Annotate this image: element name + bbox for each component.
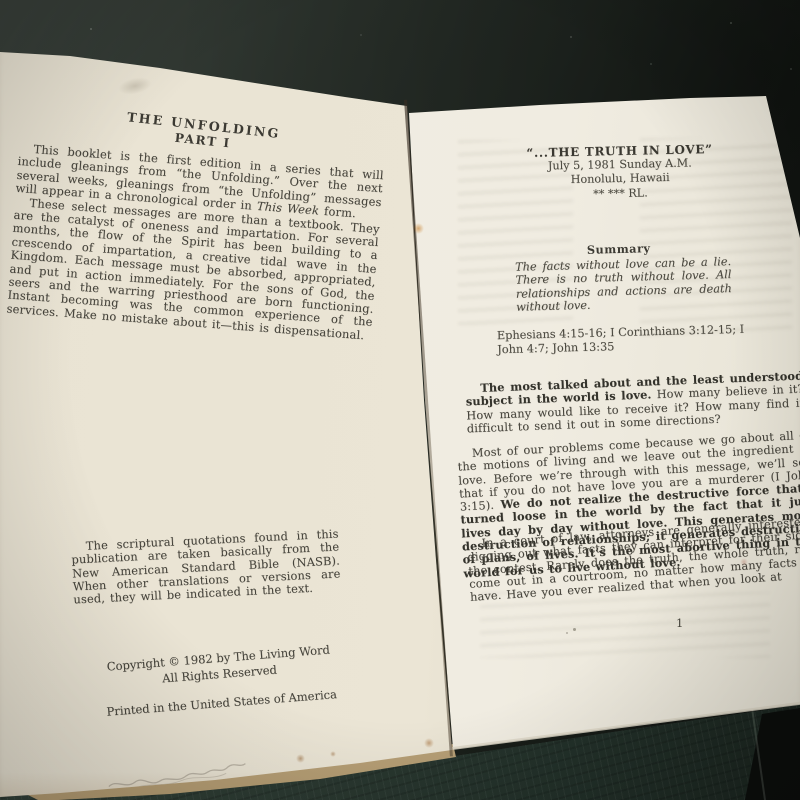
scripture-references: Ephesians 4:15-16; I Corinthians 3:12-15… — [497, 322, 762, 357]
open-booklet-photo: THE UNFOLDING PART I This booklet is the… — [0, 0, 800, 800]
age-spot — [413, 223, 424, 234]
ink-speck — [566, 632, 568, 634]
dust-specks — [90, 28, 92, 30]
sermon-paragraph-1: The most talked about and the least unde… — [465, 370, 800, 436]
ghost-text-showthrough — [480, 592, 770, 658]
page-number: 1 — [676, 616, 683, 630]
age-spot — [740, 558, 748, 566]
age-spot — [296, 754, 305, 763]
age-spot — [424, 738, 434, 748]
summary-text: The facts without love can be a lie. The… — [515, 255, 732, 314]
pencil-smudge — [117, 75, 154, 98]
intro-paragraph-2: These select messages are more than a te… — [6, 195, 380, 343]
sermon-header: “...THE TRUTH IN LOVE” July 5, 1981 Sund… — [467, 141, 772, 204]
nasb-note: The scriptural quotations found in this … — [71, 527, 342, 606]
summary-block: Summary The facts without love can be a … — [467, 238, 774, 358]
age-spot — [330, 751, 336, 757]
left-page-main-text: THE UNFOLDING PART I This booklet is the… — [6, 104, 387, 343]
ink-speck — [573, 628, 576, 631]
copyright-block: Copyright © 1982 by The Living Word All … — [48, 637, 392, 724]
nasb-note-block: The scriptural quotations found in this … — [71, 527, 342, 606]
